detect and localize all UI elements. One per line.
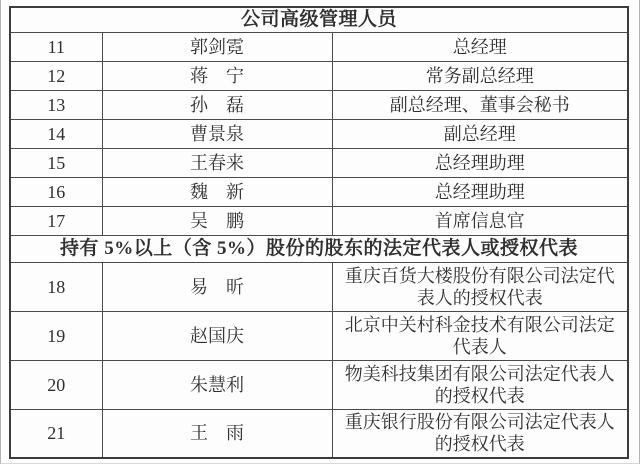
name-cell: 王春来 bbox=[102, 148, 332, 177]
table-row: 18 易 昕 重庆百货大楼股份有限公司法定代 表人的授权代表 bbox=[10, 262, 628, 311]
row-number-cell: 15 bbox=[10, 148, 102, 177]
row-number-cell: 18 bbox=[10, 262, 102, 311]
section-header-row: 持有 5%以上（含 5%）股份的股东的法定代表人或授权代表 bbox=[10, 235, 628, 262]
table-row: 15 王春来 总经理助理 bbox=[10, 148, 628, 177]
name-cell: 魏 新 bbox=[102, 177, 332, 206]
role-cell: 副总经理、董事会秘书 bbox=[332, 90, 628, 119]
row-number-cell: 20 bbox=[10, 360, 102, 409]
role-cell: 物美科技集团有限公司法定代表人 的授权代表 bbox=[332, 360, 628, 409]
name-cell: 易 昕 bbox=[102, 262, 332, 311]
table-row: 11 郭剑霓 总经理 bbox=[10, 32, 628, 61]
name-cell: 郭剑霓 bbox=[102, 32, 332, 61]
row-number-cell: 12 bbox=[10, 61, 102, 90]
role-cell: 北京中关村科金技术有限公司法定 代表人 bbox=[332, 311, 628, 360]
row-number-cell: 17 bbox=[10, 206, 102, 235]
personnel-table: 公司高级管理人员 11 郭剑霓 总经理 12 蒋 宁 常务副总经理 13 孙 磊… bbox=[9, 6, 629, 459]
row-number-cell: 14 bbox=[10, 119, 102, 148]
role-cell: 总经理助理 bbox=[332, 177, 628, 206]
role-cell: 副总经理 bbox=[332, 119, 628, 148]
role-cell: 常务副总经理 bbox=[332, 61, 628, 90]
role-cell: 重庆银行股份有限公司法定代表人 的授权代表 bbox=[332, 409, 628, 458]
role-cell: 总经理助理 bbox=[332, 148, 628, 177]
table-row: 17 吴 鹏 首席信息官 bbox=[10, 206, 628, 235]
table-row: 13 孙 磊 副总经理、董事会秘书 bbox=[10, 90, 628, 119]
name-cell: 王 雨 bbox=[102, 409, 332, 458]
row-number-cell: 11 bbox=[10, 32, 102, 61]
row-number-cell: 16 bbox=[10, 177, 102, 206]
table-row: 20 朱慧利 物美科技集团有限公司法定代表人 的授权代表 bbox=[10, 360, 628, 409]
role-cell: 总经理 bbox=[332, 32, 628, 61]
section-title-shareholder-representatives: 持有 5%以上（含 5%）股份的股东的法定代表人或授权代表 bbox=[10, 235, 628, 262]
name-cell: 曹景泉 bbox=[102, 119, 332, 148]
table-row: 14 曹景泉 副总经理 bbox=[10, 119, 628, 148]
table-row: 16 魏 新 总经理助理 bbox=[10, 177, 628, 206]
row-number-cell: 19 bbox=[10, 311, 102, 360]
name-cell: 赵国庆 bbox=[102, 311, 332, 360]
role-cell: 首席信息官 bbox=[332, 206, 628, 235]
name-cell: 孙 磊 bbox=[102, 90, 332, 119]
name-cell: 蒋 宁 bbox=[102, 61, 332, 90]
table-row: 19 赵国庆 北京中关村科金技术有限公司法定 代表人 bbox=[10, 311, 628, 360]
table-row: 12 蒋 宁 常务副总经理 bbox=[10, 61, 628, 90]
section-title-senior-management: 公司高级管理人员 bbox=[10, 7, 628, 32]
row-number-cell: 21 bbox=[10, 409, 102, 458]
name-cell: 吴 鹏 bbox=[102, 206, 332, 235]
role-cell: 重庆百货大楼股份有限公司法定代 表人的授权代表 bbox=[332, 262, 628, 311]
table-row: 21 王 雨 重庆银行股份有限公司法定代表人 的授权代表 bbox=[10, 409, 628, 458]
section-header-row: 公司高级管理人员 bbox=[10, 7, 628, 32]
scanned-document-page: 公司高级管理人员 11 郭剑霓 总经理 12 蒋 宁 常务副总经理 13 孙 磊… bbox=[0, 0, 640, 464]
name-cell: 朱慧利 bbox=[102, 360, 332, 409]
row-number-cell: 13 bbox=[10, 90, 102, 119]
